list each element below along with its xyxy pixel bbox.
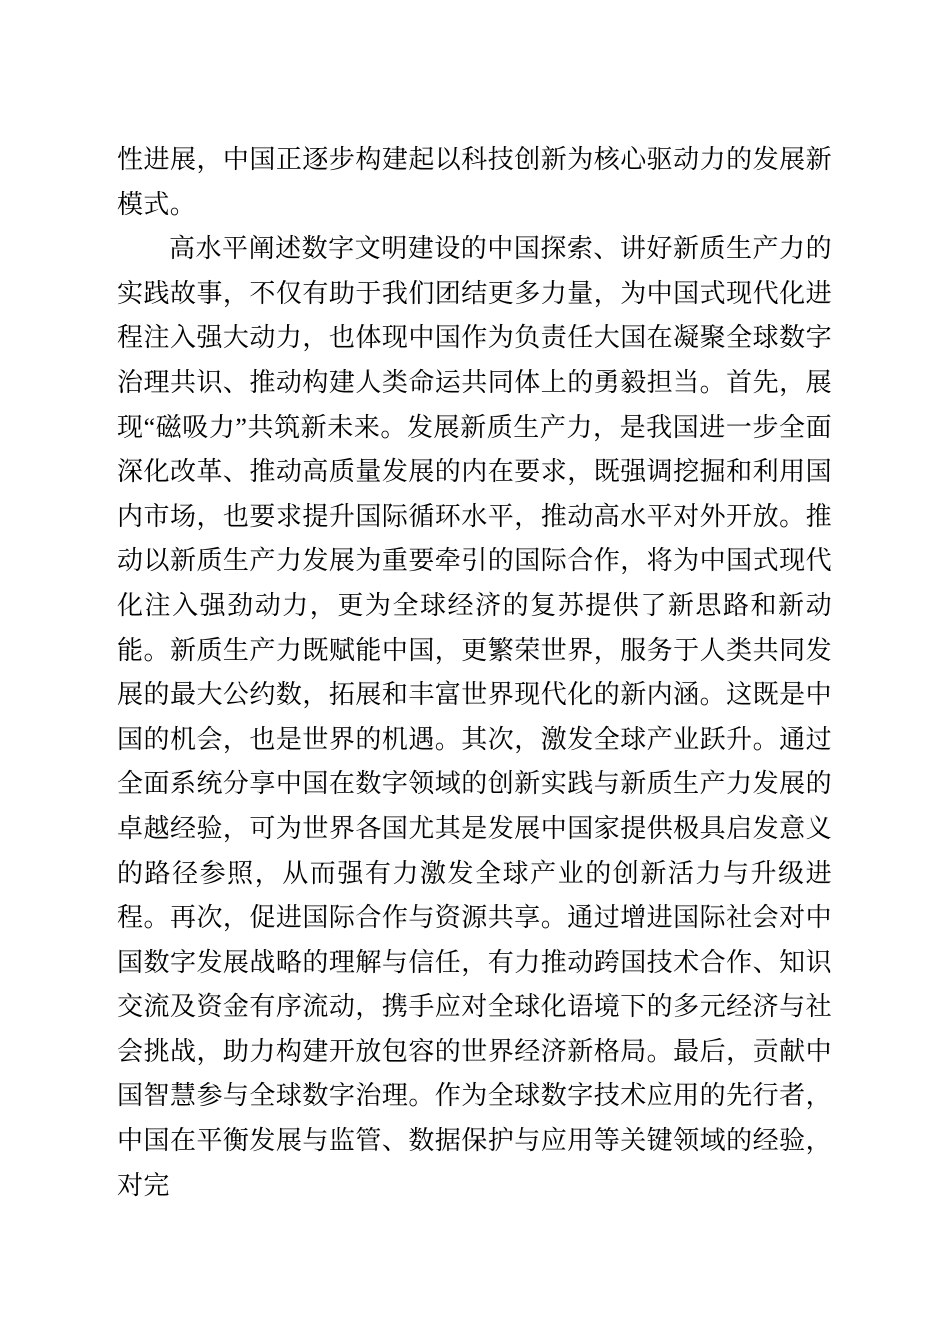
paragraph-continuation: 性进展，中国正逐步构建起以科技创新为核心驱动力的发展新模式。 — [117, 138, 832, 227]
document-page: 性进展，中国正逐步构建起以科技创新为核心驱动力的发展新模式。 高水平阐述数字文明… — [0, 0, 950, 1344]
paragraph-body: 高水平阐述数字文明建设的中国探索、讲好新质生产力的实践故事，不仅有助于我们团结更… — [117, 227, 832, 1208]
document-body-text: 性进展，中国正逐步构建起以科技创新为核心驱动力的发展新模式。 高水平阐述数字文明… — [117, 138, 832, 1208]
